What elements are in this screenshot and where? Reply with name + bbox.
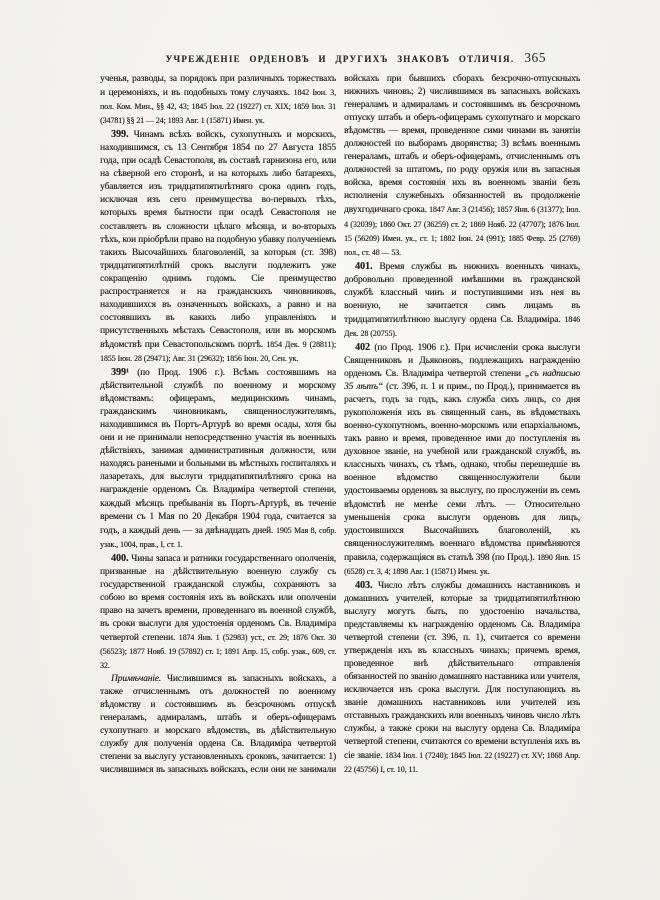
paragraph: войскахъ при бывшихъ сборахъ безсрочно-о… <box>344 73 580 260</box>
scanned-page: УЧРЕЖДЕНІЕ ОРДЕНОВЪ И ДРУГИХЪ ЗНАКОВЪ ОТ… <box>0 0 660 900</box>
paragraph: 400. Чины запаса и ратники государственн… <box>100 552 336 673</box>
text-segment-body: (по Прод. 1906 г.). Всѣмъ состоявшимъ на… <box>100 368 336 536</box>
text-segment-italic: Примѣчаніе. <box>111 674 161 684</box>
running-title: УЧРЕЖДЕНІЕ ОРДЕНОВЪ И ДРУГИХЪ ЗНАКОВЪ ОТ… <box>100 54 580 64</box>
text-columns: ученья, разводы, за порядокъ при различн… <box>100 73 580 776</box>
running-header: УЧРЕЖДЕНІЕ ОРДЕНОВЪ И ДРУГИХЪ ЗНАКОВЪ ОТ… <box>100 54 580 70</box>
column-left: ученья, разводы, за порядокъ при различн… <box>100 73 336 776</box>
text-segment-bold: 399¹ <box>111 367 129 378</box>
paragraph: 403. Число лѣтъ службы домашнихъ наставн… <box>344 579 580 776</box>
text-segment-bold: 401. <box>355 261 373 272</box>
paragraph: ученья, разводы, за порядокъ при различн… <box>100 73 336 128</box>
text-segment-body: Чинамъ всѣхъ войскъ, сухопутныхъ и морск… <box>100 130 336 350</box>
text-segment-body: Время службы въ нижнихъ военныхъ чинахъ,… <box>344 262 580 325</box>
paragraph: 399¹ (по Прод. 1906 г.). Всѣмъ состоявши… <box>100 366 336 552</box>
text-segment-body: войскахъ при бывшихъ сборахъ безсрочно-о… <box>344 74 580 215</box>
text-segment-body: Число лѣтъ службы домашнихъ наставниковъ… <box>344 581 580 762</box>
text-segment-body: Чины запаса и ратники государственнаго о… <box>100 554 336 643</box>
paragraph: 401. Время службы въ нижнихъ военныхъ чи… <box>344 260 580 341</box>
page-number: 365 <box>524 50 546 66</box>
text-segment-bold: 400. <box>111 553 129 564</box>
text-segment-body: Числившимся въ запасныхъ войскахъ, а так… <box>100 674 336 776</box>
text-segment-bold: 403. <box>355 580 373 591</box>
text-segment-bold: 402 <box>355 342 370 353</box>
paragraph: 402 (по Прод. 1906 г.). При исчисленіи с… <box>344 341 580 579</box>
text-segment-bold: 399. <box>111 129 129 140</box>
text-segment-body: (ст. 396, п. 1 и прим., по Прод.), прини… <box>344 382 580 563</box>
column-right: войскахъ при бывшихъ сборахъ безсрочно-о… <box>344 73 580 776</box>
paragraph: 399. Чинамъ всѣхъ войскъ, сухопутныхъ и … <box>100 128 336 366</box>
paragraph: Примѣчаніе. Числившимся въ запасныхъ вой… <box>100 673 336 776</box>
